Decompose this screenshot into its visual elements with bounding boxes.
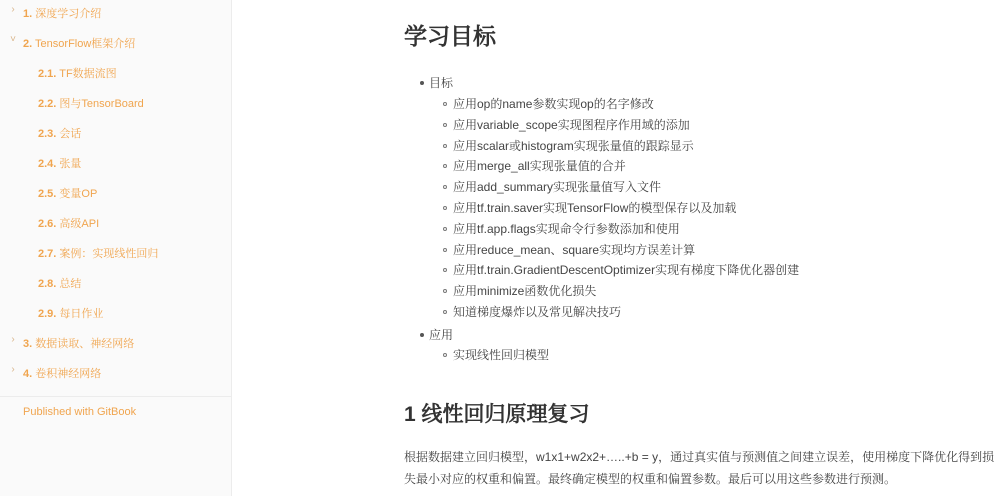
sidebar-divider — [0, 396, 231, 397]
sidebar: ›1. 深度学习介绍˅2. TensorFlow框架介绍2.1. TF数据流图2… — [0, 0, 232, 496]
sidebar-item-number: 2.1. — [38, 68, 56, 80]
sidebar-item-label: 高级API — [59, 218, 99, 230]
list-item: 实现线性回归模型 — [453, 346, 549, 364]
sidebar-item-number: 2.6. — [38, 218, 56, 230]
sidebar-item[interactable]: 2.1. TF数据流图 — [38, 64, 117, 84]
sidebar-item-number: 2.9. — [38, 308, 56, 320]
chevron-right-icon[interactable]: › — [8, 334, 18, 345]
list-item-goals: 目标 — [429, 74, 453, 92]
sidebar-item-number: 2. — [23, 38, 32, 50]
list-item: 应用tf.train.saver实现TensorFlow的模型保存以及加载 — [453, 199, 736, 217]
sidebar-item[interactable]: 2.9. 每日作业 — [38, 304, 103, 324]
sidebar-item[interactable]: 2.4. 张量 — [38, 154, 81, 174]
sidebar-item-number: 4. — [23, 368, 32, 380]
sidebar-item-number: 2.3. — [38, 128, 56, 140]
list-item: 应用scalar或histogram实现张量值的跟踪显示 — [453, 137, 694, 155]
sidebar-item[interactable]: 3. 数据读取、神经网络 — [23, 334, 134, 354]
sidebar-item[interactable]: 2. TensorFlow框架介绍 — [23, 34, 135, 54]
sidebar-item-label: 卷积神经网络 — [35, 368, 101, 380]
circle-bullet-icon — [443, 206, 447, 210]
circle-bullet-icon — [443, 164, 447, 168]
circle-bullet-icon — [443, 144, 447, 148]
sidebar-item[interactable]: 2.3. 会话 — [38, 124, 81, 144]
list-item: 应用tf.train.GradientDescentOptimizer实现有梯度… — [453, 261, 799, 279]
sidebar-item-number: 2.8. — [38, 278, 56, 290]
sidebar-item-label: 会话 — [59, 128, 81, 140]
circle-bullet-icon — [443, 310, 447, 314]
sidebar-item-label: TensorFlow框架介绍 — [35, 38, 135, 50]
sidebar-item[interactable]: 2.6. 高级API — [38, 214, 99, 234]
circle-bullet-icon — [443, 353, 447, 357]
list-item: 知道梯度爆炸以及常见解决技巧 — [453, 303, 621, 321]
page-title: 学习目标 — [404, 18, 496, 51]
list-item: 应用op的name参数实现op的名字修改 — [453, 95, 654, 113]
chevron-right-icon[interactable]: › — [8, 364, 18, 375]
sidebar-item-label: TF数据流图 — [59, 68, 116, 80]
published-with-gitbook-link[interactable]: Published with GitBook — [23, 406, 136, 418]
sidebar-item-label: 图与TensorBoard — [59, 98, 143, 110]
chevron-down-icon[interactable]: ˅ — [8, 34, 18, 45]
sidebar-item-label: 变量OP — [59, 188, 97, 200]
sidebar-item-label: 总结 — [59, 278, 81, 290]
paragraph: 根据数据建立回归模型，w1x1+w2x2+…..+b = y，通过真实值与预测值… — [404, 446, 1000, 490]
bullet-icon — [420, 333, 424, 337]
circle-bullet-icon — [443, 123, 447, 127]
list-item-apply: 应用 — [429, 326, 453, 344]
circle-bullet-icon — [443, 289, 447, 293]
sidebar-item-number: 2.7. — [38, 248, 56, 260]
sidebar-item-number: 2.2. — [38, 98, 56, 110]
list-item: 应用reduce_mean、square实现均方误差计算 — [453, 241, 695, 259]
list-item: 应用tf.app.flags实现命令行参数添加和使用 — [453, 220, 680, 238]
sidebar-item[interactable]: 2.8. 总结 — [38, 274, 81, 294]
circle-bullet-icon — [443, 102, 447, 106]
sidebar-item-number: 1. — [23, 8, 32, 20]
list-item: 应用add_summary实现张量值写入文件 — [453, 178, 661, 196]
circle-bullet-icon — [443, 268, 447, 272]
sidebar-item[interactable]: 2.5. 变量OP — [38, 184, 97, 204]
sidebar-item-label: 每日作业 — [59, 308, 103, 320]
bullet-icon — [420, 81, 424, 85]
chevron-right-icon[interactable]: › — [8, 4, 18, 15]
sidebar-item-label: 案例：实现线性回归 — [59, 248, 158, 260]
list-item: 应用merge_all实现张量值的合并 — [453, 157, 626, 175]
sidebar-item-number: 2.5. — [38, 188, 56, 200]
sidebar-item-number: 2.4. — [38, 158, 56, 170]
sidebar-item-label: 张量 — [59, 158, 81, 170]
list-item: 应用minimize函数优化损失 — [453, 282, 596, 300]
sidebar-item[interactable]: 1. 深度学习介绍 — [23, 4, 101, 24]
sidebar-item-label: 数据读取、神经网络 — [35, 338, 134, 350]
section-heading: 1 线性回归原理复习 — [404, 398, 590, 428]
sidebar-item-label: 深度学习介绍 — [35, 8, 101, 20]
sidebar-item[interactable]: 2.7. 案例：实现线性回归 — [38, 244, 158, 264]
circle-bullet-icon — [443, 185, 447, 189]
sidebar-item[interactable]: 2.2. 图与TensorBoard — [38, 94, 144, 114]
circle-bullet-icon — [443, 248, 447, 252]
circle-bullet-icon — [443, 227, 447, 231]
list-item: 应用variable_scope实现图程序作用域的添加 — [453, 116, 690, 134]
sidebar-item-number: 3. — [23, 338, 32, 350]
sidebar-item[interactable]: 4. 卷积神经网络 — [23, 364, 101, 384]
